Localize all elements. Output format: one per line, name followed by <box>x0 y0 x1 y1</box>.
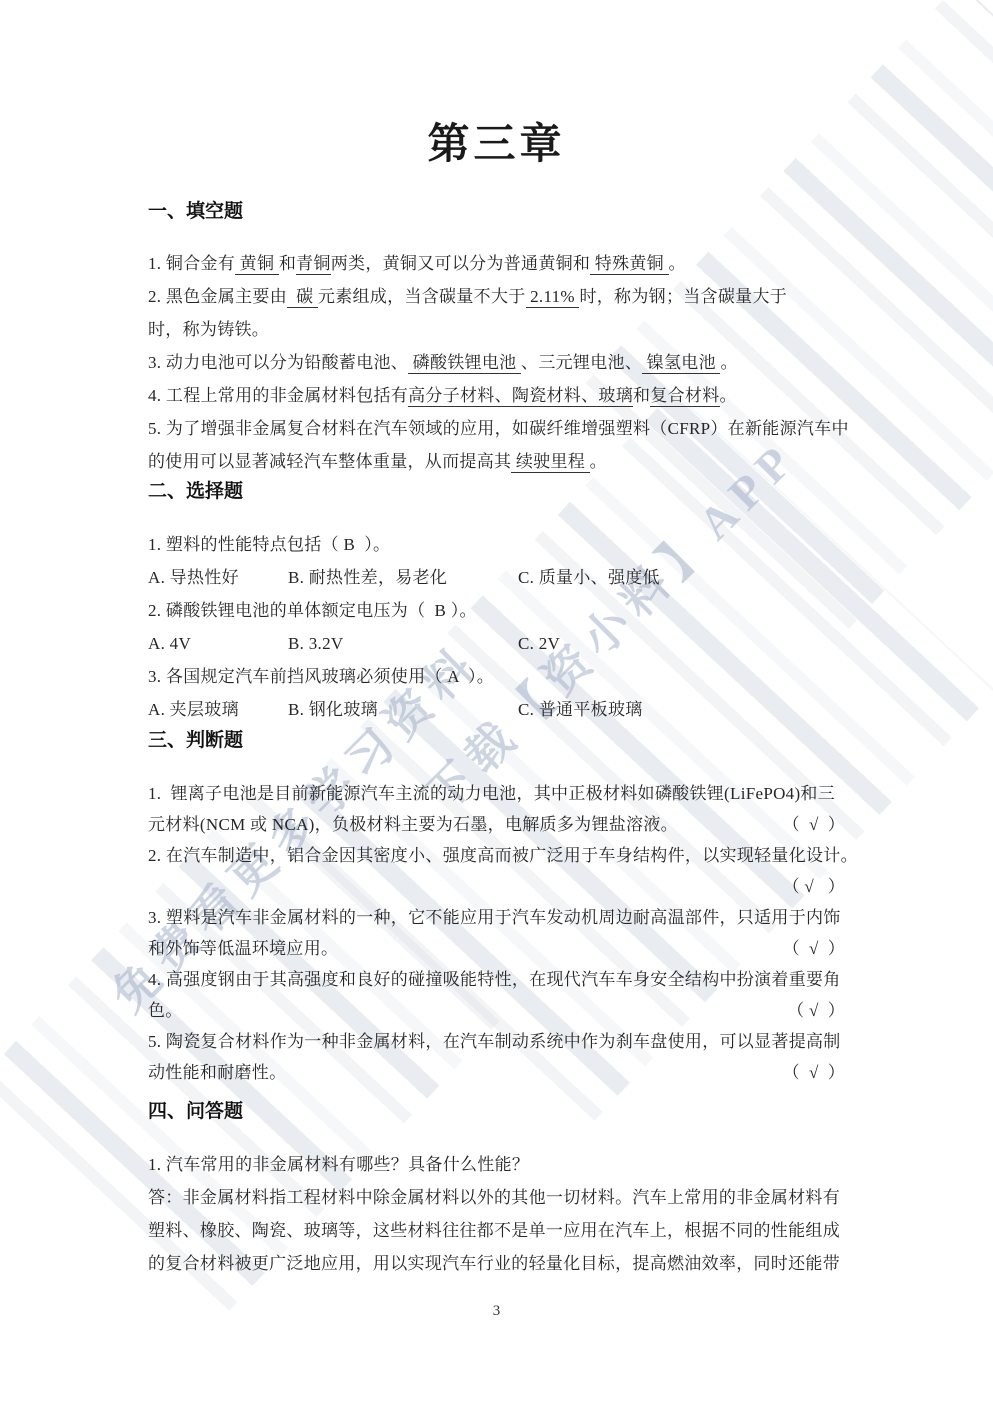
text-segment: 、三元锂电池、 <box>521 353 642 372</box>
true-false-line: 5. 陶瓷复合材料作为一种非金属材料，在汽车制动系统中作为刹车盘使用，可以显著提… <box>148 1026 845 1057</box>
multiple-choice-questions: 1. 塑料的性能特点包括（ B ）。A. 导热性好B. 耐热性差，易老化C. 质… <box>148 528 845 726</box>
blank-answer: 特殊黄铜 <box>590 254 668 275</box>
section-heading-multiple-choice: 二、选择题 <box>148 480 845 503</box>
true-false-answer: （ √ ） <box>783 1057 845 1088</box>
text-line: 时，称为铸铁。 <box>148 313 845 346</box>
text-line: 的使用可以显著减轻汽车整体重量，从而提高其 续驶里程 。 <box>148 445 845 478</box>
text-segment: 2. 黑色金属主要由 <box>148 287 287 306</box>
fill-in-blank-questions: 1. 铜合金有 黄铜 和青铜两类，黄铜又可以分为普通黄铜和 特殊黄铜 。2. 黑… <box>148 247 845 478</box>
true-false-line: 色。（ √ ） <box>148 995 845 1026</box>
blank-answer: 碳 <box>287 287 318 308</box>
true-false-answer: （ √ ） <box>783 809 845 840</box>
text-line: 3. 动力电池可以分为铅酸蓄电池、 磷酸铁锂电池 、三元锂电池、 镍氢电池 。 <box>148 346 845 379</box>
section-heading-fill-in-blank: 一、填空题 <box>148 200 845 223</box>
choice-option: C. 普通平板玻璃 <box>518 693 845 726</box>
text-segment: 1. 铜合金有 <box>148 254 235 273</box>
choice-options-row: A. 4VB. 3.2VC. 2V <box>148 627 845 660</box>
page-title: 第三章 <box>148 118 845 172</box>
true-false-text: 色。 <box>148 995 183 1026</box>
text-segment: 答：非金属材料指工程材料中除金属材料以外的其他一切材料。汽车上常用的非金属材料有 <box>148 1188 840 1207</box>
true-false-text: 1. 锂离子电池是目前新能源汽车主流的动力电池，其中正极材料如磷酸铁锂(LiFe… <box>148 778 835 809</box>
text-line: 1. 汽车常用的非金属材料有哪些？具备什么性能？ <box>148 1148 845 1181</box>
text-line: 4. 工程上常用的非金属材料包括有高分子材料、陶瓷材料、玻璃和复合材料。 <box>148 379 845 412</box>
true-false-text: 动性能和耐磨性。 <box>148 1057 286 1088</box>
choice-option: A. 4V <box>148 627 288 660</box>
choice-question-stem: 1. 塑料的性能特点包括（ B ）。 <box>148 528 845 561</box>
true-false-text: 和外饰等低温环境应用。 <box>148 933 338 964</box>
choice-option: A. 夹层玻璃 <box>148 693 288 726</box>
choice-option: C. 质量小、强度低 <box>518 561 845 594</box>
choice-question-stem: 3. 各国规定汽车前挡风玻璃必须使用（ A ）。 <box>148 660 845 693</box>
text-line: 的复合材料被更广泛地应用，用以实现汽车行业的轻量化目标，提高燃油效率，同时还能带 <box>148 1247 845 1280</box>
true-false-line: 元材料(NCM 或 NCA)，负极材料主要为石墨，电解质多为锂盐溶液。（ √ ） <box>148 809 845 840</box>
section-heading-qa: 四、问答题 <box>148 1100 845 1123</box>
true-false-answer: （ √ ） <box>787 995 845 1026</box>
text-segment: 元素组成，当含碳量不大于 <box>318 287 526 306</box>
blank-answer: 复合材料 <box>650 386 719 407</box>
blank-answer: 磷酸铁锂电池 <box>408 353 521 374</box>
choice-question-stem: 2. 磷酸铁锂电池的单体额定电压为（ B ）。 <box>148 594 845 627</box>
choice-option: A. 导热性好 <box>148 561 288 594</box>
true-false-text: 2. 在汽车制造中，铝合金因其密度小、强度高而被广泛用于车身结构件，以实现轻量化… <box>148 840 858 871</box>
blank-answer: 续驶里程 <box>511 452 589 473</box>
text-segment: 两类，黄铜又可以分为普通黄铜和 <box>331 254 591 273</box>
blank-answer: 黄铜 <box>235 254 279 275</box>
blank-answer: 高分子材料、陶瓷材料、玻璃 <box>408 386 633 407</box>
true-false-line: 动性能和耐磨性。（ √ ） <box>148 1057 845 1088</box>
text-segment: 5. 为了增强非金属复合材料在汽车领域的应用，如碳纤维增强塑料（CFRP）在新能… <box>148 419 849 438</box>
section-heading-true-false: 三、判断题 <box>148 729 845 752</box>
blank-answer: 2.11% <box>526 287 580 308</box>
document-page: 免费看更多学习资料 下载【资小料】APP 第三章 一、填空题 1. 铜合金有 黄… <box>0 0 993 1404</box>
choice-option: B. 钢化玻璃 <box>288 693 518 726</box>
text-segment: 时，称为钢；当含碳量大于 <box>579 287 787 306</box>
text-segment: 。 <box>720 386 737 405</box>
true-false-text: 4. 高强度钢由于其高强度和良好的碰撞吸能特性，在现代汽车车身安全结构中扮演着重… <box>148 964 841 995</box>
true-false-text: 5. 陶瓷复合材料作为一种非金属材料，在汽车制动系统中作为刹车盘使用，可以显著提… <box>148 1026 841 1057</box>
text-line: 塑料、橡胶、陶瓷、玻璃等，这些材料往往都不是单一应用在汽车上，根据不同的性能组成 <box>148 1214 845 1247</box>
text-segment: 4. 工程上常用的非金属材料包括有 <box>148 386 408 405</box>
true-false-questions: 1. 锂离子电池是目前新能源汽车主流的动力电池，其中正极材料如磷酸铁锂(LiFe… <box>148 778 845 1088</box>
true-false-answer: （ √ ） <box>783 933 845 964</box>
text-segment: 和 <box>279 254 296 273</box>
blank-answer: 青铜 <box>296 254 331 275</box>
choice-option: B. 耐热性差，易老化 <box>288 561 518 594</box>
true-false-text: 3. 塑料是汽车非金属材料的一种，它不能应用于汽车发动机周边耐高温部件，只适用于… <box>148 902 841 933</box>
choice-options-row: A. 夹层玻璃B. 钢化玻璃C. 普通平板玻璃 <box>148 693 845 726</box>
text-segment: 的复合材料被更广泛地应用，用以实现汽车行业的轻量化目标，提高燃油效率，同时还能带 <box>148 1254 840 1273</box>
true-false-line: 和外饰等低温环境应用。（ √ ） <box>148 933 845 964</box>
page-number: 3 <box>148 1302 845 1320</box>
true-false-line: 4. 高强度钢由于其高强度和良好的碰撞吸能特性，在现代汽车车身安全结构中扮演着重… <box>148 964 845 995</box>
choice-option: C. 2V <box>518 627 845 660</box>
true-false-answer: （ √ ） <box>783 871 845 902</box>
text-line: 1. 铜合金有 黄铜 和青铜两类，黄铜又可以分为普通黄铜和 特殊黄铜 。 <box>148 247 845 280</box>
choice-options-row: A. 导热性好B. 耐热性差，易老化C. 质量小、强度低 <box>148 561 845 594</box>
true-false-line: 1. 锂离子电池是目前新能源汽车主流的动力电池，其中正极材料如磷酸铁锂(LiFe… <box>148 778 845 809</box>
true-false-text: 元材料(NCM 或 NCA)，负极材料主要为石墨，电解质多为锂盐溶液。 <box>148 809 678 840</box>
true-false-line: 2. 在汽车制造中，铝合金因其密度小、强度高而被广泛用于车身结构件，以实现轻量化… <box>148 840 845 871</box>
qa-lines: 1. 汽车常用的非金属材料有哪些？具备什么性能？答：非金属材料指工程材料中除金属… <box>148 1148 845 1280</box>
text-segment: 3. 动力电池可以分为铅酸蓄电池、 <box>148 353 408 372</box>
true-false-line: 3. 塑料是汽车非金属材料的一种，它不能应用于汽车发动机周边耐高温部件，只适用于… <box>148 902 845 933</box>
text-segment: 1. 汽车常用的非金属材料有哪些？具备什么性能？ <box>148 1155 529 1174</box>
page-content: 第三章 一、填空题 1. 铜合金有 黄铜 和青铜两类，黄铜又可以分为普通黄铜和 … <box>0 118 993 1320</box>
text-segment: 。 <box>720 353 737 372</box>
text-segment: 的使用可以显著减轻汽车整体重量，从而提高其 <box>148 452 511 471</box>
choice-option: B. 3.2V <box>288 627 518 660</box>
text-segment: 时，称为铸铁。 <box>148 320 269 339</box>
text-line: 5. 为了增强非金属复合材料在汽车领域的应用，如碳纤维增强塑料（CFRP）在新能… <box>148 412 845 445</box>
text-segment: 和 <box>633 386 650 405</box>
text-line: 2. 黑色金属主要由 碳 元素组成，当含碳量不大于 2.11% 时，称为钢；当含… <box>148 280 845 313</box>
text-segment: 。 <box>669 254 686 273</box>
true-false-line: （ √ ） <box>148 871 845 902</box>
text-segment: 塑料、橡胶、陶瓷、玻璃等，这些材料往往都不是单一应用在汽车上，根据不同的性能组成 <box>148 1221 840 1240</box>
text-segment: 。 <box>590 452 607 471</box>
text-line: 答：非金属材料指工程材料中除金属材料以外的其他一切材料。汽车上常用的非金属材料有 <box>148 1181 845 1214</box>
blank-answer: 镍氢电池 <box>642 353 720 374</box>
